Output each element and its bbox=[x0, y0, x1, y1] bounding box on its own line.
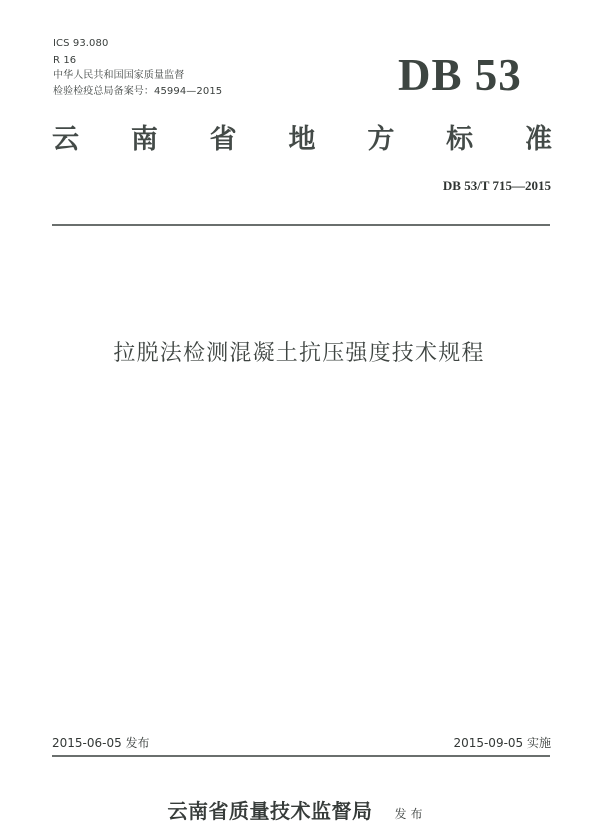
issuer-name: 云南省质量技术监督局 bbox=[167, 799, 372, 823]
registrar-line-2: 检验检疫总局备案号：45994—2015 bbox=[53, 86, 222, 98]
publish-date: 2015-06-05 发布 bbox=[52, 735, 150, 751]
registrar-line-1: 中华人民共和国国家质量监督 bbox=[53, 70, 184, 82]
bottom-divider bbox=[52, 755, 550, 757]
category-char: 省 bbox=[210, 122, 237, 158]
category-char: 南 bbox=[131, 122, 158, 158]
db-code-logo: DB 53 bbox=[398, 50, 522, 100]
issuer-line: 云南省质量技术监督局发布 bbox=[0, 795, 594, 824]
standard-category-title: 云 南 省 地 方 标 准 bbox=[52, 122, 552, 158]
ics-code: ICS 93.080 bbox=[53, 38, 108, 50]
effective-date: 2015-09-05 实施 bbox=[453, 735, 551, 751]
issuer-action: 发布 bbox=[394, 807, 426, 821]
category-char: 标 bbox=[446, 122, 473, 158]
category-char: 准 bbox=[525, 122, 552, 158]
category-char: 云 bbox=[52, 122, 79, 158]
category-char: 方 bbox=[367, 122, 394, 158]
ccs-code: R 16 bbox=[53, 55, 76, 67]
category-char: 地 bbox=[288, 122, 315, 158]
standard-number: DB 53/T 715—2015 bbox=[443, 178, 551, 194]
top-divider bbox=[52, 224, 550, 226]
document-title: 拉脱法检测混凝土抗压强度技术规程 bbox=[0, 339, 594, 369]
